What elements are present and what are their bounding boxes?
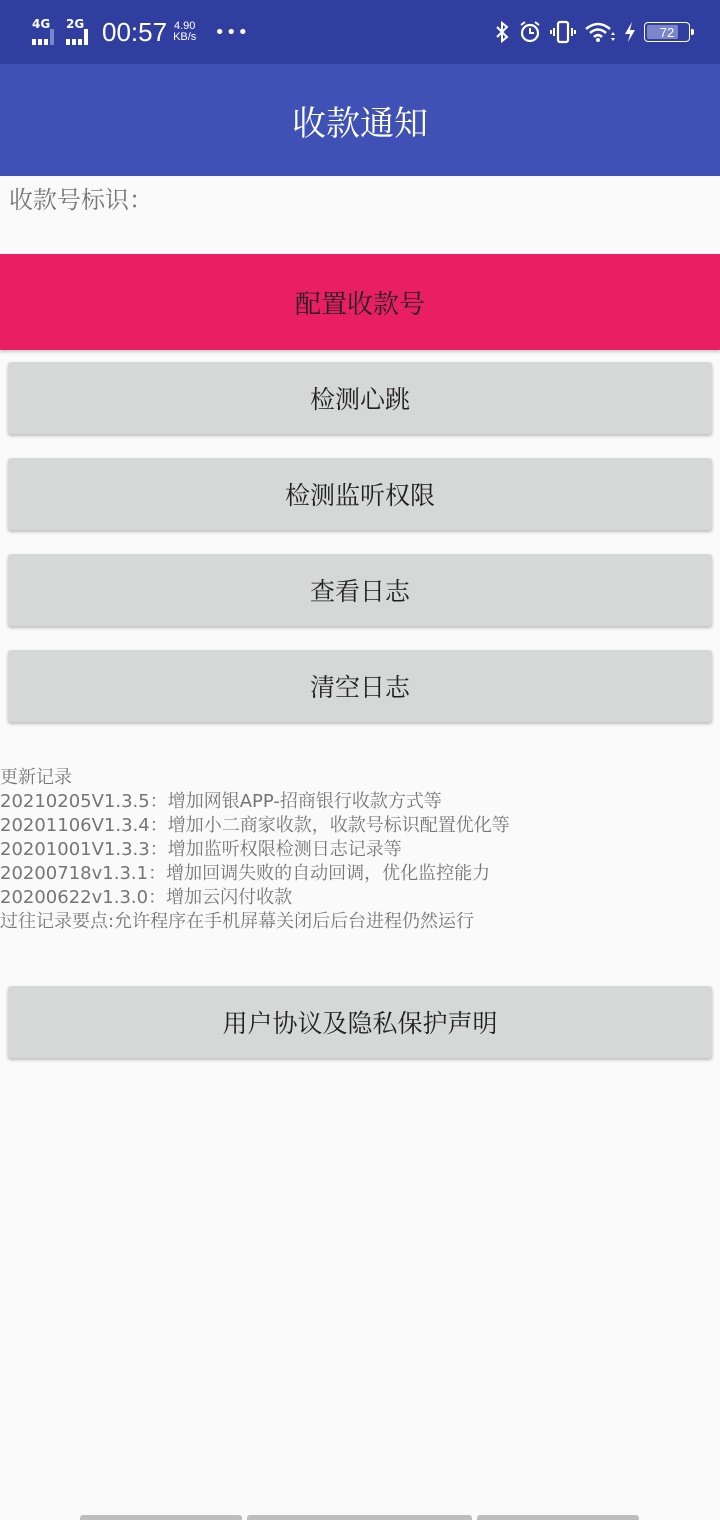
app-bar: 收款通知 — [0, 64, 720, 176]
charging-icon — [624, 21, 636, 43]
vibrate-icon — [550, 20, 576, 44]
changelog-entry: 20201106V1.3.4：增加小二商家收款，收款号标识配置优化等 — [0, 814, 510, 838]
user-agreement-button[interactable]: 用户协议及隐私保护声明 — [8, 986, 712, 1058]
status-bar: 4G 2G 00:57 4.90 KB/s ••• 72 — [0, 0, 720, 64]
check-heartbeat-button[interactable]: 检测心跳 — [8, 362, 712, 434]
network-speed: 4.90 KB/s — [173, 21, 196, 43]
configure-account-button[interactable]: 配置收款号 — [0, 254, 720, 350]
clock: 00:57 — [102, 17, 167, 48]
changelog-title: 更新记录 — [0, 766, 510, 790]
changelog-entry: 20210205V1.3.5：增加网银APP-招商银行收款方式等 — [0, 790, 510, 814]
changelog-entry: 20200622v1.3.0：增加云闪付收款 — [0, 886, 510, 910]
account-id-label: 收款号标识： — [9, 180, 153, 215]
changelog-entry: 20201001V1.3.3：增加监听权限检测日志记录等 — [0, 838, 510, 862]
changelog-entry: 20200718v1.3.1：增加回调失败的自动回调，优化监控能力 — [0, 862, 510, 886]
page-title: 收款通知 — [292, 96, 428, 145]
view-log-button[interactable]: 查看日志 — [8, 554, 712, 626]
battery-icon: 72 — [644, 22, 690, 42]
clear-log-button[interactable]: 清空日志 — [8, 650, 712, 722]
speed-unit: KB/s — [173, 32, 196, 43]
changelog-entry: 过往记录要点:允许程序在手机屏幕关闭后后台进程仍然运行 — [0, 910, 510, 934]
signal-sim1-icon: 4G — [32, 17, 62, 47]
battery-level: 72 — [660, 25, 674, 40]
changelog: 更新记录 20210205V1.3.5：增加网银APP-招商银行收款方式等 20… — [0, 766, 510, 934]
nav-gesture-bar-center[interactable] — [247, 1515, 472, 1520]
wifi-icon — [584, 20, 616, 44]
signal-sim2-icon: 2G — [66, 17, 96, 47]
nav-gesture-bar-right[interactable] — [477, 1515, 639, 1520]
more-notifications-icon: ••• — [214, 22, 249, 43]
nav-gesture-bar-left[interactable] — [80, 1515, 242, 1520]
check-permission-button[interactable]: 检测监听权限 — [8, 458, 712, 530]
bluetooth-icon — [494, 20, 510, 44]
alarm-icon — [518, 20, 542, 44]
